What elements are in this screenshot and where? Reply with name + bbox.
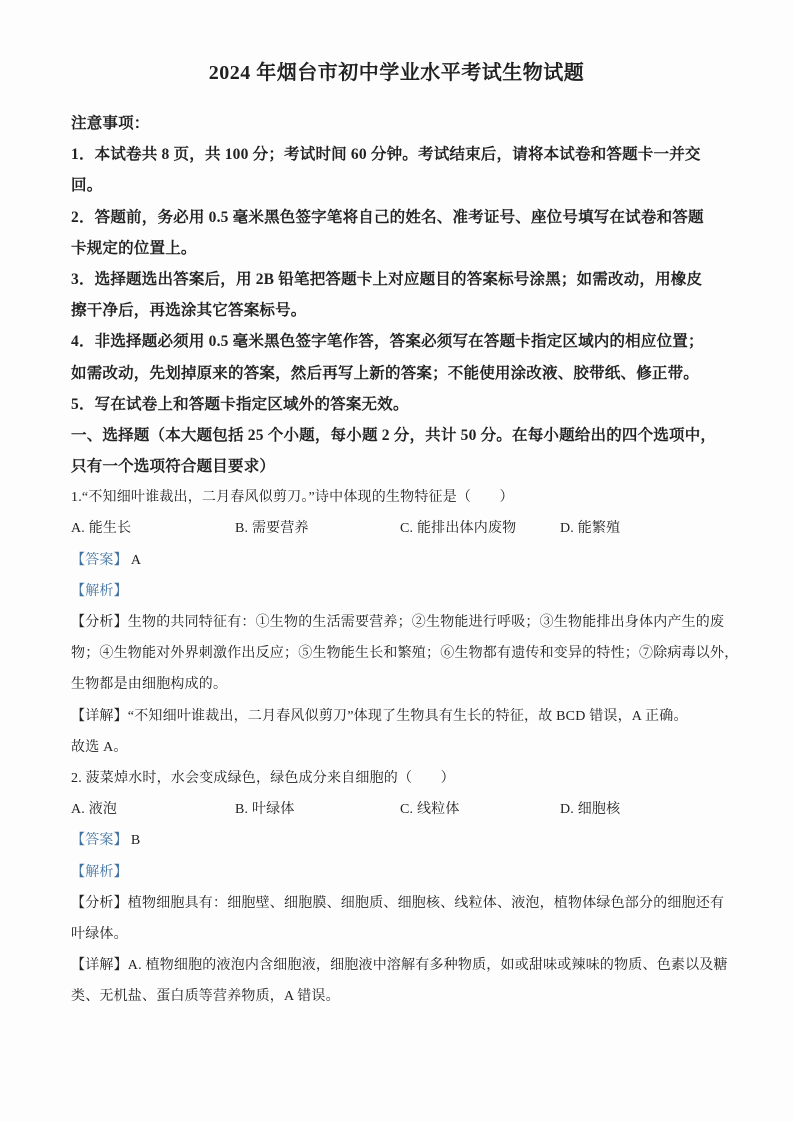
- analysis-label: 【解析】: [71, 865, 128, 880]
- question-1-answer-line: 【答案】A: [71, 545, 722, 576]
- question-1-option-c: C. 能排出体内废物: [400, 513, 560, 544]
- question-1-options: A. 能生长 B. 需要营养 C. 能排出体内废物 D. 能繁殖: [71, 513, 722, 544]
- question-2-stem: 2. 菠菜焯水时，水会变成绿色，绿色成分来自细胞的（ ）: [71, 763, 722, 794]
- question-1-detail-line-1: 【详解】“不知细叶谁裁出，二月春风似剪刀”体现了生物具有生长的特征，故 BCD …: [71, 701, 722, 732]
- question-1-analysis-line-1: 【分析】生物的共同特征有：①生物的生活需要营养；②生物能进行呼吸；③生物能排出身…: [71, 607, 722, 638]
- question-1-analysis-line-3: 生物都是由细胞构成的。: [71, 669, 722, 700]
- notice-item-2-line-2: 卡规定的位置上。: [71, 233, 722, 264]
- section-heading-line-2: 只有一个选项符合题目要求）: [71, 451, 722, 482]
- analysis-label: 【解析】: [71, 584, 128, 599]
- question-2-option-d: D. 细胞核: [560, 794, 620, 825]
- question-2-analysis-line-2: 叶绿体。: [71, 919, 722, 950]
- question-2-analysis-label-line: 【解析】: [71, 857, 722, 888]
- notice-item-3-line-1: 3．选择题选出答案后，用 2B 铅笔把答题卡上对应题目的答案标号涂黑；如需改动，…: [71, 264, 722, 295]
- question-1-analysis-label-line: 【解析】: [71, 576, 722, 607]
- notice-item-2-line-1: 2．答题前，务必用 0.5 毫米黑色签字笔将自己的姓名、准考证号、座位号填写在试…: [71, 202, 722, 233]
- question-2-answer-value: B: [131, 833, 141, 848]
- notice-item-3-line-2: 擦干净后，再选涂其它答案标号。: [71, 295, 722, 326]
- question-1-stem: 1.“不知细叶谁裁出，二月春风似剪刀。”诗中体现的生物特征是（ ）: [71, 482, 722, 513]
- question-2-options: A. 液泡 B. 叶绿体 C. 线粒体 D. 细胞核: [71, 794, 722, 825]
- question-1-option-a: A. 能生长: [71, 513, 235, 544]
- question-2-answer-line: 【答案】B: [71, 825, 722, 856]
- question-2-detail-line-2: 类、无机盐、蛋白质等营养物质，A 错误。: [71, 981, 722, 1012]
- question-2-analysis-line-1: 【分析】植物细胞具有：细胞壁、细胞膜、细胞质、细胞核、线粒体、液泡，植物体绿色部…: [71, 888, 722, 919]
- question-1-detail-line-2: 故选 A。: [71, 732, 722, 763]
- question-2-option-a: A. 液泡: [71, 794, 235, 825]
- notice-heading: 注意事项：: [71, 108, 722, 139]
- notice-item-4-line-1: 4．非选择题必须用 0.5 毫米黑色签字笔作答，答案必须写在答题卡指定区域内的相…: [71, 326, 722, 357]
- answer-label: 【答案】: [71, 553, 128, 568]
- question-2-detail-line-1: 【详解】A. 植物细胞的液泡内含细胞液，细胞液中溶解有多种物质，如或甜味或辣味的…: [71, 950, 722, 981]
- exam-document-page: 2024 年烟台市初中学业水平考试生物试题 注意事项： 1．本试卷共 8 页，共…: [0, 0, 793, 1122]
- answer-label: 【答案】: [71, 833, 128, 848]
- notice-item-4-line-2: 如需改动，先划掉原来的答案，然后再写上新的答案；不能使用涂改液、胶带纸、修正带。: [71, 358, 722, 389]
- question-2-option-b: B. 叶绿体: [235, 794, 400, 825]
- section-heading-line-1: 一、选择题（本大题包括 25 个小题，每小题 2 分，共计 50 分。在每小题给…: [71, 420, 722, 451]
- notice-item-1-line-2: 回。: [71, 170, 722, 201]
- notice-item-5: 5．写在试卷上和答题卡指定区域外的答案无效。: [71, 389, 722, 420]
- notice-item-1-line-1: 1．本试卷共 8 页，共 100 分；考试时间 60 分钟。考试结束后，请将本试…: [71, 139, 722, 170]
- page-content: 2024 年烟台市初中学业水平考试生物试题 注意事项： 1．本试卷共 8 页，共…: [0, 0, 793, 1012]
- question-1-answer-value: A: [131, 553, 141, 568]
- question-1-option-d: D. 能繁殖: [560, 513, 620, 544]
- question-1-option-b: B. 需要营养: [235, 513, 400, 544]
- page-title: 2024 年烟台市初中学业水平考试生物试题: [71, 57, 722, 90]
- question-2-option-c: C. 线粒体: [400, 794, 560, 825]
- question-1-analysis-line-2: 物；④生物能对外界刺激作出反应；⑤生物能生长和繁殖；⑥生物都有遗传和变异的特性；…: [71, 638, 722, 669]
